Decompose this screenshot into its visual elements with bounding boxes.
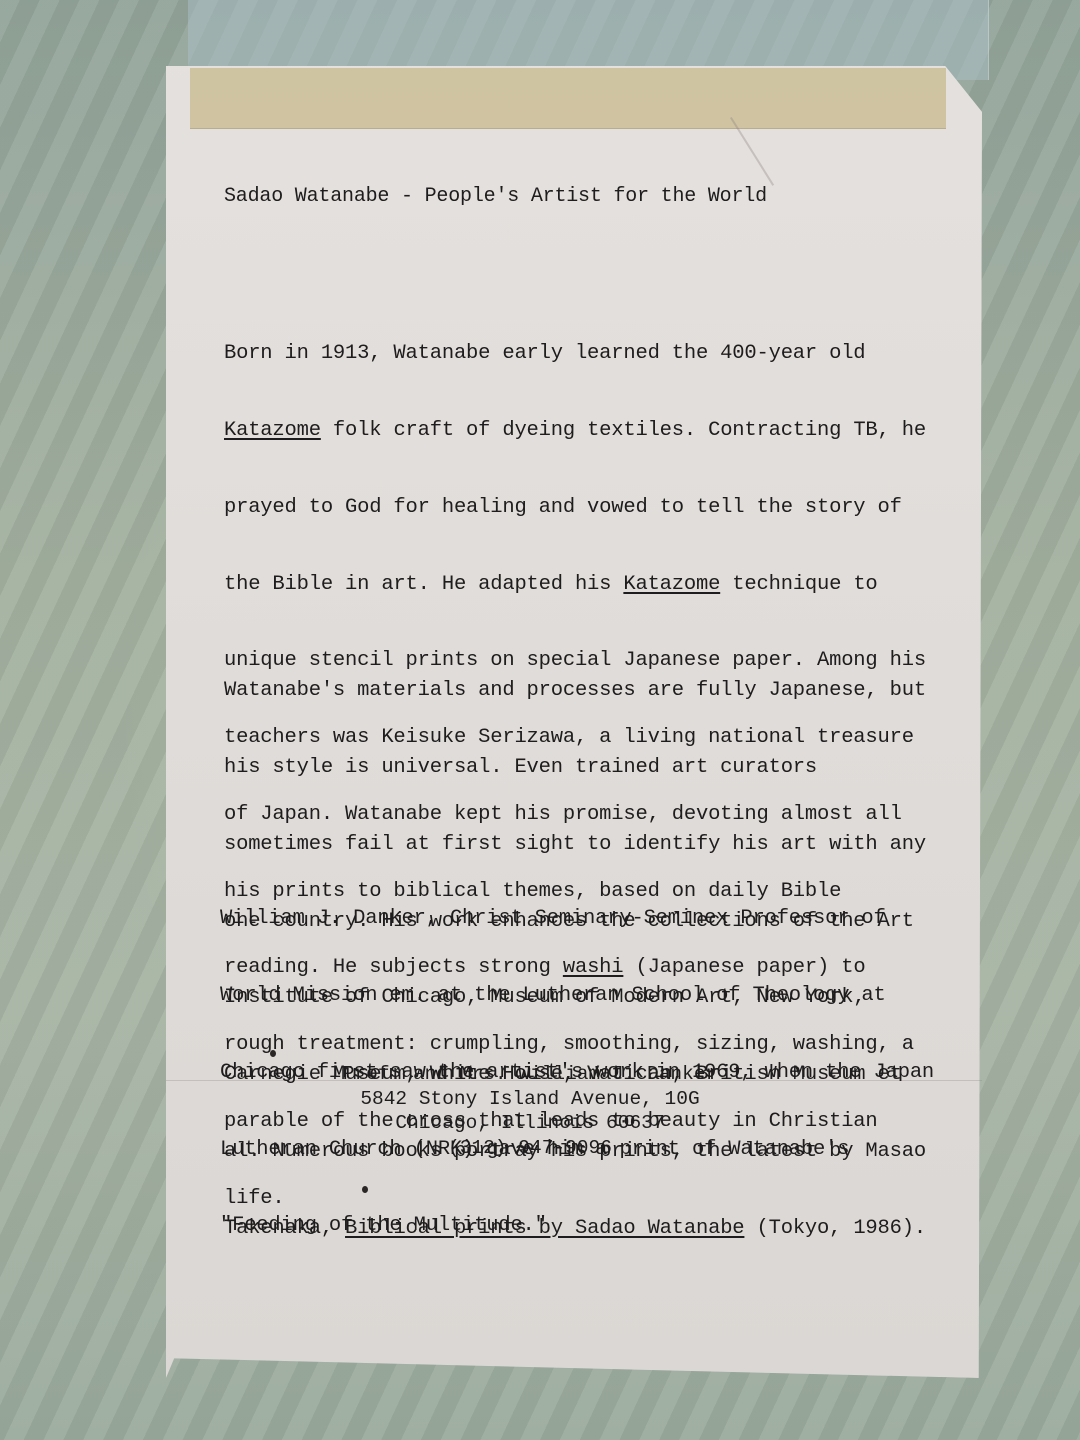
- address-street: 5842 Stony Island Avenue, 10G: [280, 1087, 780, 1112]
- address-city: Chicago, Illinois 60637: [280, 1111, 780, 1136]
- text-line: the Bible in art. He adapted his Katazom…: [224, 572, 926, 598]
- text-line: Watanabe's materials and processes are f…: [224, 678, 926, 704]
- ink-speck: [362, 1186, 368, 1193]
- text-line: Born in 1913, Watanabe early learned the…: [224, 341, 926, 367]
- underlined-term: Katazome: [623, 573, 720, 596]
- paragraph-danker: William J. Danker, Christ Seminary-Semin…: [220, 855, 934, 1265]
- text-line: World Mission em. at the Lutheran School…: [220, 983, 934, 1009]
- document-title: Sadao Watanabe - People's Artist for the…: [224, 184, 767, 210]
- text-line: William J. Danker, Christ Seminary-Semin…: [220, 906, 934, 932]
- text-line: Katazome folk craft of dyeing textiles. …: [224, 418, 926, 444]
- address-name: Prof. and Mrs. William J. Danker: [280, 1062, 780, 1087]
- text-line: his style is universal. Even trained art…: [224, 755, 926, 781]
- underlined-term: Katazome: [224, 419, 321, 442]
- text-line: prayed to God for healing and vowed to t…: [224, 495, 926, 521]
- ink-speck: [270, 1050, 276, 1057]
- masking-tape: [190, 68, 946, 129]
- address-block: Prof. and Mrs. William J. Danker 5842 St…: [280, 1062, 780, 1160]
- text-line: sometimes fail at first sight to identif…: [224, 832, 926, 858]
- text-line: "Feeding of the Multitude.": [220, 1213, 934, 1239]
- address-phone: (312) 947-9096: [280, 1136, 780, 1161]
